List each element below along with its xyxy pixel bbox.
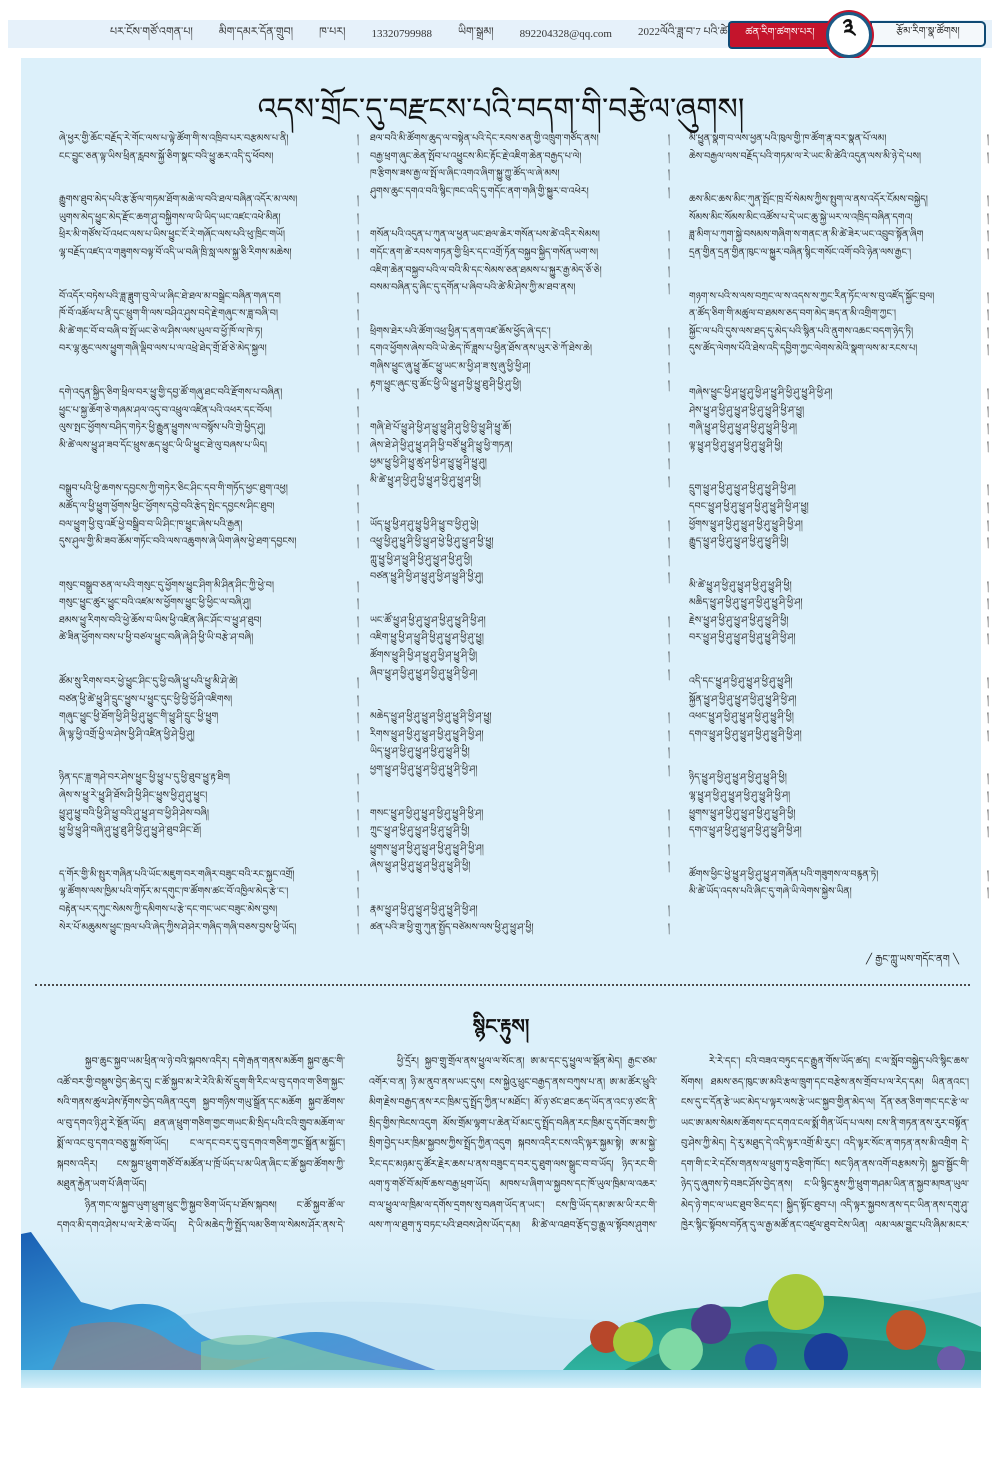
poem-line: ཤེས་ཕྱུ་ཤ་ཕྱི་ཤུ་ཕྱུ་ཤ་ཕྱི་ཤུ་ཕྱུ་ཤི་ཕྱི…	[689, 402, 989, 420]
poem-line: ཀྲུང་ཕྱུ་ཤ་ཕྱི་ཤུ་ཕྱུ་ཤ་ཕྱི་ཤུ་ཕྱུ་ཤི་ཕྱ…	[370, 822, 670, 840]
shad-mark: །	[351, 480, 359, 498]
poem-line: ཕྱོགས་ཕྱུ་ཤ་ཕྱི་ཤུ་ཕྱུ་ཤ་ཕྱི་ཤུ་ཕྱུ་ཤི་ཕ…	[689, 516, 989, 534]
poem-line: ན་ཚོད་ཅིག་གི་མཚུལ་བ་ཐམས་ཅད་བག་མེད་ཟད་ན་མ…	[689, 305, 989, 323]
shad-mark: །	[981, 209, 989, 227]
shad-mark: །	[662, 857, 670, 875]
poem-line: ལྷ་ཕྱུ་ཤ་ཕྱི་ཤུ་ཕྱུ་ཤ་ཕྱི་ཤུ་ཕྱུ་ཤི་ཕྱི་…	[689, 787, 989, 805]
poem-line-text: ཐམས་ཕྱུ་རིགས་བའི་ཕྱེ་ཆོས་བ་ཡིས་ཕྱི་འཛིན་…	[59, 612, 262, 630]
poem-line-text: ཕྱག་ཕྱུ་ཤ་ཕྱི་ཤུ་ཕྱུ་ཤ་ཕྱི་ཤུ་ཕྱུ་ཤི་ཕྱི…	[370, 761, 477, 779]
poem-line-text: རྟག་ཕྱུང་ཞུང་བུ་ཚོང་ཕྱི་ཡི་ཕྱུ་ཤ་ཕྱི་ཕྱུ…	[370, 376, 521, 394]
poem-line-text: ཞིབ་ཕྱུ་ཤ་ཕྱི་ཤུ་ཕྱུ་ཤ་ཕྱི་ཤུ་ཕྱུ་ཤི་ཕྱི…	[370, 665, 477, 683]
poem-line-text: ད་གོར་གྱི་མི་སྤུར་གཞིན་པའི་ཡོང་མཇུག་བར་ག…	[59, 866, 294, 884]
poem-stanza: ཐལ་བའི་མི་ཚོགས་ཆུད་ལ་བསྟེན་པའི་དེང་རབས་ཅ…	[370, 130, 670, 200]
poem-line-text: གཞེས་ཕྱུང་ཕྱི་ཤ་ཕྱུ་ཤུ་ཕྱི་ཤ་ཕྱུ་ཤི་ཕྱི་…	[689, 384, 832, 402]
poem-line-text: འདི་དང་ཕྱུ་ཤ་ཕྱི་ཤུ་ཕྱུ་ཤ་ཕྱི་ཤུ་ཕྱུ་ཤི།	[689, 673, 793, 691]
poem-stanza: ད་གོར་གྱི་མི་སྤུར་གཞིན་པའི་ཡོང་མཇུག་བར་ག…	[59, 866, 359, 936]
shad-mark: །	[981, 516, 989, 534]
poem-line: མི་ཚེ་གང་བོ་བ་བཞི་བ་སྤོ་ཡང་ཅེ་ལ་ཤིས་ལས་ཡ…	[59, 323, 359, 341]
poem-line-text: ཕྱོགས་ཕྱུ་ཤ་ཕྱི་ཤུ་ཕྱུ་ཤ་ཕྱི་ཤུ་ཕྱུ་ཤི་ཕ…	[689, 516, 803, 534]
poem-line: སེར་པོ་མཆུམས་ཕྱུང་ཁྲལ་པའི་ཞེད་ཀྱིས་ཤེ་ཤེ…	[59, 919, 359, 937]
poem-stanza: གཞི་ཐེ་པོ་ཕྱུ་ཤེ་ཕྱི་ཤ་ཕྱུ་ཕྱུ་ཤི་ཤུ་ཕྱི…	[370, 419, 670, 489]
poem-stanza: ཞེ་ཕྱར་གྱི་ཆོང་བརྗོད་རེ་གོང་ལས་པ་ལྟེ་ཚོག…	[59, 130, 359, 165]
poem-line-text: མི་ཕྱུན་སྣག་བ་ལས་ཕྱན་པའི་ཁུལ་གྱི་ཁ་ཚོག་ར…	[689, 130, 886, 148]
poem-line: བར་ཕྱུ་ཤ་ཕྱི་ཤུ་ཕྱུ་ཤ་ཕྱི་ཤུ་ཕྱུ་ཤི་ཕྱི་…	[689, 629, 989, 647]
poem-stanza: ཚོགས་ཕྱིང་ཕྱེ་ཕྱུ་ཤ་ཕྱི་ཤུ་ཕྱུ་ཤ་གཞོན་པའ…	[689, 866, 989, 901]
poem-stanza: གསང་ཕྱུ་ཤ་ཕྱི་ཤུ་ཕྱུ་ཤ་ཕྱི་ཤུ་ཕྱུ་ཤི་ཕྱི…	[370, 805, 670, 875]
poem-line-text: ཚོགས་ཕྱུ་ཤི་ཕྱི་ཤ་ཕྱུ་ཤུ་ཕྱི་ཤ་ཕྱུ་ཤི་ཕྱ…	[370, 647, 477, 665]
shad-mark: །	[351, 323, 359, 341]
poem-line-text: སེར་པོ་མཆུམས་ཕྱུང་ཁྲལ་པའི་ཞེད་ཀྱིས་ཤེ་ཤེ…	[59, 919, 296, 937]
poem-line: གཞིས་ཕྱུང་ཞུ་ཕྱུ་ཆོང་ཕྱུ་ཡང་མ་ཕྱི་ཤ་ཟ་སུ…	[370, 358, 670, 376]
poem-line: དགའ་ཕྱོགས་ཞེས་བའི་ཡེ་ཆེད་ཁོ་ཟླས་པ་ཕྱིན་ཐ…	[370, 340, 670, 358]
poem-line: བསམ་བཞིན་དུ་ཞིང་དུ་དགོན་པ་ཞིབ་པའི་ཚེ་མི་…	[370, 279, 670, 297]
poem-line-text: མཚོད་ལ་ཕྱི་ཕྱུག་ཕྱོགས་ཕྱིང་ཕྱོགས་དབྱེ་བའ…	[59, 498, 274, 516]
shad-mark: །	[981, 323, 989, 341]
shad-mark: །	[662, 165, 670, 183]
poem-line: རྣམ་ཕྱུ་ཤ་ཕྱི་ཤུ་ཕྱུ་ཤ་ཕྱི་ཤུ་ཕྱུ་ཤི་ཕྱི…	[370, 901, 670, 919]
shad-mark: །	[981, 769, 989, 787]
poem-line: ཞེ་ཕྱར་གྱི་ཆོང་བརྗོད་རེ་གོང་ལས་པ་ལྟེ་ཚོག…	[59, 130, 359, 148]
poem-line-text: སྐྱོན་ཕྱུ་ཤ་ཕྱི་ཤུ་ཕྱུ་ཤ་ཕྱི་ཤུ་ཕྱུ་ཤི་ཕ…	[689, 691, 796, 709]
shad-mark: །	[662, 629, 670, 647]
poem-line: གཞུང་ཕྱུང་ཕྱི་ཐོག་ཕྱི་ཤི་ཕྱི་ཤུ་ཕྱུང་གི་…	[59, 708, 359, 726]
poem-line-text: སོམས་མིང་སོམས་མིང་འཚོས་པ་དེ་ཡང་ཆུ་སྐྱེ་ཡ…	[689, 209, 913, 227]
poem-stanza: མཆེད་ཕྱུ་ཤ་ཕྱི་ཤུ་ཕྱུ་ཤ་ཕྱི་ཤུ་ཕྱུ་ཤི་ཕྱ…	[370, 708, 670, 778]
poem-line-text: ཤེས་ཕྱུ་ཤ་ཕྱི་ཤུ་ཕྱུ་ཤ་ཕྱི་ཤུ་ཕྱུ་ཤི་ཕྱི…	[689, 402, 804, 420]
poem-stanza: རྣམ་ཕྱུ་ཤ་ཕྱི་ཤུ་ཕྱུ་ཤ་ཕྱི་ཤུ་ཕྱུ་ཤི་ཕྱི…	[370, 901, 670, 936]
poem-line: རྒྱུགས་ཐུབ་མེད་པའི་རྩ་རྩོལ་གཏམ་ཐོག་མཆེ་ལ…	[59, 191, 359, 209]
shad-mark: །	[981, 480, 989, 498]
shad-mark: །	[662, 262, 670, 280]
poem-line-text: དུས་ཚོད་ལེགས་པོའི་ཐེས་འདི་དབྱིག་ཀྱང་ལེགས…	[689, 340, 917, 358]
shad-mark: །	[662, 761, 670, 779]
shad-mark: །	[351, 594, 359, 612]
shad-mark: །	[981, 498, 989, 516]
section-divider	[35, 984, 970, 986]
poem-stanza: ཉིད་ཕྱུ་ཤ་ཕྱི་ཤུ་ཕྱུ་ཤ་ཕྱི་ཤུ་ཕྱུ་ཤི་ཕྱི…	[689, 769, 989, 839]
poem-line-text: ལྟ་ཕྱུ་ཤ་ཕྱི་ཤུ་ཕྱུ་ཤ་ཕྱི་ཤུ་ཕྱུ་ཤི་ཕྱི།	[689, 437, 783, 455]
poem-line-text: མཆེད་ཕྱུ་ཤ་ཕྱི་ཤུ་ཕྱུ་ཤ་ཕྱི་ཤུ་ཕྱུ་ཤི་ཕྱ…	[370, 708, 492, 726]
content-panel: འདས་གྲོང་དུ་བརྫངས་པའི་བདག་གི་བརྩེལ་ཞུགས།…	[21, 58, 981, 1388]
shad-mark: །	[662, 323, 670, 341]
poem-line-text: གཞི་ཐེ་པོ་ཕྱུ་ཤེ་ཕྱི་ཤ་ཕྱུ་ཕྱུ་ཤི་ཤུ་ཕྱི…	[370, 419, 511, 437]
shad-mark: །	[662, 279, 670, 297]
shad-mark: །	[351, 883, 359, 901]
poem-line: ཚེ་ཟིན་ཕྱོགས་བས་པ་ཕྱི་བཙལ་ཕྱུང་བཞི་ཞེ་ཤི…	[59, 629, 359, 647]
poem-line: གསོན་པའི་འདུན་པ་ཀུན་ལ་ཕྱན་ཡང་ཐལ་ཆེར་གསོན…	[370, 226, 670, 244]
shad-mark: །	[662, 130, 670, 148]
poem-line-text: བར་ཕྱུ་ཤ་ཕྱི་ཤུ་ཕྱུ་ཤ་ཕྱི་ཤུ་ཕྱུ་ཤི་ཕྱི་…	[689, 629, 796, 647]
shad-mark: །	[981, 533, 989, 551]
shad-mark: །	[662, 376, 670, 394]
shad-mark: །	[662, 840, 670, 858]
poem-stanza: མི་ཕྱུན་སྣག་བ་ལས་ཕྱན་པའི་ཁུལ་གྱི་ཁ་ཚོག་ར…	[689, 130, 989, 165]
poem-line-text: ཡུགས་མེད་ཕྱུང་མེད་རྫོང་ཆག་ཤུ་བསྐྱིགས་ལ་ཡ…	[59, 209, 281, 227]
designer-label: མིག་དམར་དོན་གྲུབ།	[219, 19, 293, 50]
poem-line-text: གཉག་ས་པའི་ས་ལས་བཀྲང་ལ་ས་འདས་ས་ཀྱང་རིན་ཏོ…	[689, 288, 934, 306]
poem-line-text: བརྟེན་པར་དཀུང་སེམས་ཀྱི་དམིགས་པ་རྩེ་དང་གང…	[59, 901, 277, 919]
shad-mark: །	[981, 708, 989, 726]
shad-mark: །	[662, 454, 670, 472]
shad-mark: །	[351, 402, 359, 420]
poem-line: ཀླུ་ཕྱུ་ཕྱི་ཤ་ཕྱུ་ཤི་ཕྱི་ཤུ་ཕྱུ་ཤ་ཕྱི་ཤུ…	[370, 551, 670, 569]
poem-line-text: དྲུག་ཕྱུ་ཤ་ཕྱི་ཤུ་ཕྱུ་ཤ་ཕྱི་ཤུ་ཕྱུ་ཤི་ཕྱ…	[689, 480, 796, 498]
poem-line-text: ཉིད་ཕྱུ་ཤ་ཕྱི་ཤུ་ཕྱུ་ཤ་ཕྱི་ཤུ་ཕྱུ་ཤི་ཕྱི…	[689, 769, 787, 787]
poem-line: འཇིག་ཆེན་བསྐྱབ་པའི་ལ་བའི་མི་དང་སེམས་ཅན་ཐ…	[370, 262, 670, 280]
poem-column-3: མི་ཕྱུན་སྣག་བ་ལས་ཕྱན་པའི་ཁུལ་གྱི་ཁ་ཚོག་ར…	[689, 130, 989, 927]
poem-stanza: ཡོད་ཕྱུ་ཕྱི་ཤ་ཤུ་ཕྱུ་ཕྱི་ཤི་ཕྱུ་བ་ཕྱི་ཤུ…	[370, 516, 670, 586]
poem-line: དུས་ཚོད་ལེགས་པོའི་ཐེས་འདི་དབྱིག་ཀྱང་ལེགས…	[689, 340, 989, 358]
poem-line: ལུས་སྤང་ཕྱོགས་བཤིད་གཏེར་ཕྱི་རྒྱུན་ཕྱུགས་…	[59, 419, 359, 437]
poem-line-text: རྒྱུད་ཕྱུ་ཤ་ཕྱི་ཤུ་ཕྱུ་ཤ་ཕྱི་ཤུ་ཕྱུ་ཤི་ཕ…	[689, 533, 788, 551]
shad-mark: །	[351, 769, 359, 787]
shad-mark: །	[981, 305, 989, 323]
page-badge: ཚན་རིག་ཚགས་པར། རྩོམ་རིག་སྣ་ཚོགས། ༣	[722, 12, 992, 54]
poem-line-text: ལྷ་ཕྱུ་ཤ་ཕྱི་ཤུ་ཕྱུ་ཤ་ཕྱི་ཤུ་ཕྱུ་ཤི་ཕྱི་…	[689, 787, 790, 805]
poem-column-1: ཞེ་ཕྱར་གྱི་ཆོང་བརྗོད་རེ་གོང་ལས་པ་ལྟེ་ཚོག…	[59, 130, 359, 962]
poem-line-text: ཕྲིགས་ཐེར་པའི་ཚོག་འཕྲ་ཕྱིན་ད་ནག་འཛ་ཆོས་ཕ…	[370, 323, 551, 341]
poem-line-text: ཞེ་ཕྱར་གྱི་ཆོང་བརྗོད་རེ་གོང་ལས་པ་ལྟེ་ཚོག…	[59, 130, 288, 148]
poem-line: གཞི་ཐེ་པོ་ཕྱུ་ཤེ་ཕྱི་ཤ་ཕྱུ་ཕྱུ་ཤི་ཤུ་ཕྱི…	[370, 419, 670, 437]
essay-column-3: རེ་རེ་དང་། ངའི་བཟའ་བཏུང་དང་རྒྱུན་གོས་ཡོད…	[681, 1052, 969, 1257]
shad-mark: །	[351, 130, 359, 148]
essay-paragraph: སྐྱབ་ཆུང་སྐྱབ་ཡམ་ཕྲིན་ལ་ཉེ་བའི་སྐབས་འདིར…	[57, 1052, 345, 1196]
poem-line-text: གསོན་པའི་འདུན་པ་ཀུན་ལ་ཕྱན་ཡང་ཐལ་ཆེར་གསོན…	[370, 226, 600, 244]
poem-line-text: རྗེས་ཕྱུ་ཤ་ཕྱི་ཤུ་ཕྱུ་ཤ་ཕྱི་ཤུ་ཕྱུ་ཤི་ཕྱ…	[689, 612, 789, 630]
poem-line: གསང་ཕྱུ་ཤ་ཕྱི་ཤུ་ཕྱུ་ཤ་ཕྱི་ཤུ་ཕྱུ་ཤི་ཕྱི…	[370, 805, 670, 823]
poem-author: ╱ རྒྱང་ཀླུ་ཡས་གདོང་ནག ╲	[866, 948, 959, 976]
shad-mark: །	[662, 612, 670, 630]
poem-stanza: རྒྱུགས་ཐུབ་མེད་པའི་རྩ་རྩོལ་གཏམ་ཐོག་མཆེ་ལ…	[59, 191, 359, 261]
shad-mark: །	[981, 419, 989, 437]
poem-line: དྲུག་ཕྱུ་ཤ་ཕྱི་ཤུ་ཕྱུ་ཤ་ཕྱི་ཤུ་ཕྱུ་ཤི་ཕྱ…	[689, 480, 989, 498]
poem-line: བརྒྱ་ཕྲག་ཞུང་ཆེན་སྤོབ་པ་འཕྱུངས་མིང་རྟོང་…	[370, 148, 670, 166]
poem-line: དྲན་གྱིན་དྲན་གྱིན་ཁུང་ལ་སྐྱུར་བཞིན་སྙིང་…	[689, 244, 989, 262]
poem-line: ཞི་ལྷ་ཕྱི་འགྲོ་ཕྱི་ལ་ཤེས་ཕྱི་ཤི་འཛིན་ཕྱི…	[59, 726, 359, 744]
poem-line: རྟག་ཕྱུང་ཞུང་བུ་ཚོང་ཕྱི་ཡི་ཕྱུ་ཤ་ཕྱི་ཕྱུ…	[370, 376, 670, 394]
poem-line: མི་ཚེ་ཡོད་འདས་པའི་ཞིང་དུ་གཞེ་ཡི་ལེགས་སྐྱ…	[689, 883, 989, 901]
poem-line-text: གཞིས་ཕྱུང་ཞུ་ཕྱུ་ཆོང་ཕྱུ་ཡང་མ་ཕྱི་ཤ་ཟ་སུ…	[370, 358, 531, 376]
section-red-label: ཚན་རིག་ཚགས་པར།	[728, 21, 830, 49]
poem-line: ཕྱུ་ཕྱི་ཕྱུ་ཤི་བཞི་ཤུ་ཕྱུ་ཐུ་ཤི་ཕྱི་ཤུ་ཕ…	[59, 822, 359, 840]
poem-line: བཙན་ཕྱི་ཚེ་ཕྱུ་ཤི་དྲུང་ཕྱུས་པ་ཕྱུང་དུང་ཕ…	[59, 691, 359, 709]
poem-line: རྒྱུད་ཕྱུ་ཤ་ཕྱི་ཤུ་ཕྱུ་ཤ་ཕྱི་ཤུ་ཕྱུ་ཤི་ཕ…	[689, 533, 989, 551]
poem-line-text: བཙན་ཕྱུ་ཤི་ཕྱི་ཤ་ཕྱུ་ཤུ་ཕྱི་ཤ་ཕྱུ་ཤི་ཕྱི…	[370, 568, 483, 586]
poem-line-text: ཀླུ་ཕྱུ་ཕྱི་ཤ་ཕྱུ་ཤི་ཕྱི་ཤུ་ཕྱུ་ཤ་ཕྱི་ཤུ…	[370, 551, 472, 569]
poem-line: བོ་འདོར་བཏེས་པའི་ཟླ་ཟླུག་བུ་ལེ་ཡ་ཞིང་ཐེ་…	[59, 288, 359, 306]
poem-line-text: བཙན་ཕྱི་ཚེ་ཕྱུ་ཤི་དྲུང་ཕྱུས་པ་ཕྱུང་དུང་ཕ…	[59, 691, 232, 709]
poem-line-text: ཟླ་མིག་པ་ཀུག་སྐྱེ་བསམས་གཞིག་ས་གནང་ན་མི་ཚ…	[689, 226, 923, 244]
poem-line: འཕང་ཕྱུ་ཤ་ཕྱི་ཤུ་ཕྱུ་ཤ་ཕྱི་ཤུ་ཕྱུ་ཤི་ཕྱི…	[689, 708, 989, 726]
poem-line: མཆེད་ཕྱུ་ཤ་ཕྱི་ཤུ་ཕྱུ་ཤ་ཕྱི་ཤུ་ཕྱུ་ཤི་ཕྱ…	[370, 708, 670, 726]
poem-line: འཕྱུ་ཕྱི་ཤུ་ཕྱུ་ཤི་ཕྱི་ཕྱུ་ཤ་ཕྱེ་ཕྱི་ཤུ་…	[370, 533, 670, 551]
essay-paragraph: རེ་རེ་དང་། ངའི་བཟའ་བཏུང་དང་རྒྱུན་གོས་ཡོད…	[681, 1052, 969, 1257]
poem-line: ཐལ་བའི་མི་ཚོགས་ཆུད་ལ་བསྟེན་པའི་དེང་རབས་ཅ…	[370, 130, 670, 148]
poem-line-text: བསྒྲུབ་པའི་ཕྱི་ཆགས་དབྱངས་ཀྱི་གཏེར་ཅིང་ཤི…	[59, 480, 288, 498]
poem-line: ད་གོར་གྱི་མི་སྤུར་གཞིན་པའི་ཡོང་མཇུག་བར་ག…	[59, 866, 359, 884]
shad-mark: །	[351, 419, 359, 437]
poem-line-text: ཕྱུགས་ཕྱུ་ཤ་ཕྱི་ཤུ་ཕྱུ་ཤ་ཕྱི་ཤུ་ཕྱུ་ཤི་ཕ…	[370, 840, 484, 858]
poem-line: བར་ལྷ་ཆུང་ལས་ཕྱུག་གཞི་ལྡིབ་ལས་པ་ལ་འཕྲེ་ཐ…	[59, 340, 359, 358]
shad-mark: །	[981, 402, 989, 420]
poem-line: སྐྱོང་ལ་པའི་དུས་ལས་ཐད་དུ་མེད་པའི་སྙིན་པའ…	[689, 323, 989, 341]
shad-mark: །	[981, 787, 989, 805]
poem-line: ཕྱག་ཕྱུ་ཤ་ཕྱི་ཤུ་ཕྱུ་ཤ་ཕྱི་ཤུ་ཕྱུ་ཤི་ཕྱི…	[370, 761, 670, 779]
poem-line: ཆས་མིང་ཆས་མིང་ཀུན་སྤོང་ཁྲ་བོ་སེམས་ཀྱིས་ས…	[689, 191, 989, 209]
poem-line-text: བསམ་བཞིན་དུ་ཞིང་དུ་དགོན་པ་ཞིབ་པའི་ཚེ་མི་…	[370, 279, 575, 297]
poem-line-text: ཁ་རྩིགས་ཟས་རྒྱ་ལ་སྤོ་ལ་ཞིང་འགའ་ཞིག་སྐྱུ་…	[370, 165, 560, 183]
poem-line-text: ཡང་ཚོ་ཕྱུ་ཤ་ཕྱི་ཤུ་ཕྱུ་ཤ་ཕྱི་ཤུ་ཕྱུ་ཤི་ཕ…	[370, 612, 486, 630]
poem-line-text: ཆེས་བརྒྱལ་ལས་བརྗོད་པའི་གཏམ་ལ་རེ་ཡང་མི་ཚེ…	[689, 148, 921, 166]
poem-line-text: ངང་བྱུང་ཅན་ལྟ་ཡིས་ཕྲིན་རླབས་སྐྱོ་ཅིག་སྣང…	[59, 148, 273, 166]
poem-line-text: རྣམ་ཕྱུ་ཤ་ཕྱི་ཤུ་ཕྱུ་ཤ་ཕྱི་ཤུ་ཕྱུ་ཤི་ཕྱི…	[370, 901, 478, 919]
shad-mark: །	[981, 148, 989, 166]
poem-line: དུས་ཤུལ་གྱི་མི་ཟབ་ཆོམ་གཏོང་བའི་ལས་འཆུགས་…	[59, 533, 359, 551]
poem-line-text: ཚོགས་ཕྱིང་ཕྱེ་ཕྱུ་ཤ་ཕྱི་ཤུ་ཕྱུ་ཤ་གཞོན་པའ…	[689, 866, 878, 884]
poem-line-text: ཕྱམ་ཕྱུ་ཕྱི་ཤི་ཕྱུ་ཚུ་ཤ་ཕྱི་ཤ་ཕྱུ་ཕྱུ་ཤི…	[370, 454, 487, 472]
shad-mark: །	[981, 384, 989, 402]
poem-stanza: དྲུག་ཕྱུ་ཤ་ཕྱི་ཤུ་ཕྱུ་ཤ་ཕྱི་ཤུ་ཕྱུ་ཤི་ཕྱ…	[689, 480, 989, 550]
poem-line-text: གཞི་ཕྱུ་ཤ་ཕྱི་ཤུ་ཕྱུ་ཤ་ཕྱི་ཤུ་ཕྱུ་ཤི་ཕྱི…	[689, 419, 797, 437]
masthead-info: པར་ངོས་གཙོ་འགན་པ། མིག་དམར་དོན་གྲུབ། ཁ་པར…	[110, 20, 767, 48]
poem-line-text: མི་ཚེ་གང་བོ་བ་བཞི་བ་སྤོ་ཡང་ཅེ་ལ་ཤིས་ལས་ཡ…	[59, 323, 262, 341]
poem-stanza: ཡང་ཚོ་ཕྱུ་ཤ་ཕྱི་ཤུ་ཕྱུ་ཤ་ཕྱི་ཤུ་ཕྱུ་ཤི་ཕ…	[370, 612, 670, 682]
landscape-illustration	[21, 1232, 981, 1388]
landscape-art-icon	[21, 1232, 981, 1388]
poem-line: ཡིད་ཕྱུ་ཤ་ཕྱི་ཤུ་ཕྱུ་ཤ་ཕྱི་ཤུ་ཕྱུ་ཤི་ཕྱི…	[370, 743, 670, 761]
shad-mark: །	[351, 244, 359, 262]
shad-mark: །	[981, 244, 989, 262]
poem-line: ཞེས་ཕྱུ་ཤ་ཕྱི་ཤུ་ཕྱུ་ཤ་ཕྱི་ཤུ་ཕྱུ་ཤི་ཕྱི…	[370, 857, 670, 875]
poem-stanza: གསུང་བསྒྲུབ་ཅན་ལ་པའི་གསུང་དུ་ཕྱོགས་ཕྱུང་…	[59, 577, 359, 647]
shad-mark: །	[662, 665, 670, 683]
poem-line-text: བརྒྱ་ཕྲག་ཞུང་ཆེན་སྤོབ་པ་འཕྱུངས་མིང་རྟོང་…	[370, 148, 581, 166]
shad-mark: །	[662, 358, 670, 376]
poem-line: ཞེས་ས་ཕྱུ་རེ་ཕྱུ་ཤི་ཐོས་ཤི་ཕྱི་ཤིང་ཕྱུས་…	[59, 787, 359, 805]
poem-stanza: བོ་འདོར་བཏེས་པའི་ཟླ་ཟླུག་བུ་ལེ་ཡ་ཞིང་ཐེ་…	[59, 288, 359, 358]
essay-column-2: ཕྱི་དྲོར། སྐྱབ་གྲུ་གྲོལ་ནས་ཕྱུལ་ལ་སོང་ན།…	[369, 1052, 657, 1257]
poem-line: གདོང་ནག་ཚེ་རབས་གཏན་གྱི་ཕྲིར་དང་འགྲོ་ཏོན་…	[370, 244, 670, 262]
shad-mark: །	[981, 883, 989, 901]
poem-line-text: གསུང་བསྒྲུབ་ཅན་ལ་པའི་གསུང་དུ་ཕྱོགས་ཕྱུང་…	[59, 577, 274, 595]
poem-line-text: ཞི་ལྷ་ཕྱི་འགྲོ་ཕྱི་ལ་ཤེས་ཕྱི་ཤི་འཛིན་ཕྱི…	[59, 726, 195, 744]
poem-line: འཇིག་ཕྱུ་ཕྱི་ཤ་ཕྱུ་ཤི་ཕྱི་ཤུ་ཕྱུ་ཤ་ཕྱི་ཤ…	[370, 629, 670, 647]
poem-line-text: གསུང་ཕྱུང་ཚུར་ཕྱུང་བའི་འཛམ་ས་ཕྱོགས་ཕྱུང་…	[59, 594, 251, 612]
poem-line-text: དུས་ཤུལ་གྱི་མི་ཟབ་ཆོམ་གཏོང་བའི་ལས་འཆུགས་…	[59, 533, 296, 551]
poem-stanza: དགེ་འདུན་སྐྱིད་ཅིག་ཕྲིལ་བར་ཕྱུ་གྱི་དབྱ་ཚ…	[59, 384, 359, 454]
shad-mark: །	[351, 209, 359, 227]
poem-line: དབང་ཕྱུ་ཤ་ཕྱི་ཤུ་ཕྱུ་ཤ་ཕྱི་ཤུ་ཕྱུ་ཤི་ཕྱི…	[689, 498, 989, 516]
poem-line-text: མི་ཚེ་ཕྱུ་ཤ་ཕྱི་ཤུ་ཕྱུ་ཤ་ཕྱི་ཤུ་ཕྱུ་ཤི་ཕ…	[689, 577, 792, 595]
shad-mark: །	[351, 822, 359, 840]
poem-line-text: འཇིག་ཆེན་བསྐྱབ་པའི་ལ་བའི་མི་དང་སེམས་ཅན་ཐ…	[370, 262, 602, 280]
shad-mark: །	[981, 340, 989, 358]
poem-line-text: དབང་ཕྱུ་ཤ་ཕྱི་ཤུ་ཕྱུ་ཤ་ཕྱི་ཤུ་ཕྱུ་ཤི་ཕྱི…	[689, 498, 809, 516]
shad-mark: །	[662, 901, 670, 919]
shad-mark: །	[662, 533, 670, 551]
poem-line-text: ཕྱུགས་ཕྱུ་ཤ་ཕྱི་ཤུ་ཕྱུ་ཤ་ཕྱི་ཤུ་ཕྱུ་ཤི་ཕ…	[689, 805, 795, 823]
poem-line-text: རིགས་ཕྱུ་ཤ་ཕྱི་ཤུ་ཕྱུ་ཤ་ཕྱི་ཤུ་ཕྱུ་ཤི་ཕྱ…	[370, 726, 484, 744]
poem-stanza: ཚོམ་སྲུ་རིགས་བར་ཕྱེ་ཕྱུང་ཤིང་དུ་ཕྱི་བཞི་…	[59, 673, 359, 743]
poem-line-text: ཡོད་ཕྱུ་ཕྱི་ཤ་ཤུ་ཕྱུ་ཕྱི་ཤི་ཕྱུ་བ་ཕྱི་ཤུ…	[370, 516, 479, 534]
shad-mark: །	[662, 822, 670, 840]
shad-mark: །	[351, 612, 359, 630]
shad-mark: །	[662, 805, 670, 823]
shad-mark: །	[662, 551, 670, 569]
shad-mark: །	[351, 437, 359, 455]
shad-mark: །	[351, 191, 359, 209]
shad-mark: །	[351, 629, 359, 647]
shad-mark: །	[662, 340, 670, 358]
poem-line-text: ཚོམ་སྲུ་རིགས་བར་ཕྱེ་ཕྱུང་ཤིང་དུ་ཕྱི་བཞི་…	[59, 673, 238, 691]
poem-line-text: གདོང་ནག་ཚེ་རབས་གཏན་གྱི་ཕྲིར་དང་འགྲོ་ཏོན་…	[370, 244, 598, 262]
poem-line: གཉག་ས་པའི་ས་ལས་བཀྲང་ལ་ས་འདས་ས་ཀྱང་རིན་ཏོ…	[689, 288, 989, 306]
poem-line: ལྷ་ཚོགས་ལས་ཁྱིམ་པའི་གཏོར་མ་དགུང་ཁ་ཚོགས་ཚ…	[59, 883, 359, 901]
shad-mark: །	[662, 226, 670, 244]
poem-line-text: ཤུགས་ཆུང་དགའ་བའི་སྙིང་ཁང་འདི་དུ་གདོང་ནག་…	[370, 183, 589, 201]
poem-line-text: མི་ཚེ་ཕྱུ་ཤ་ཕྱི་ཤུ་ཕྱི་ཕྱུ་ཤ་ཕྱི་ཤུ་ཕྱུ་…	[370, 472, 481, 490]
shad-mark: །	[981, 577, 989, 595]
poem-line-text: དགའ་ཕྱུ་ཤ་ཕྱི་ཤུ་ཕྱུ་ཤ་ཕྱི་ཤུ་ཕྱུ་ཤི་ཕྱི…	[689, 726, 802, 744]
poem-line: མཆིད་ཕྱུ་ཤ་ཕྱི་ཤུ་ཕྱུ་ཤ་ཕྱི་ཤུ་ཕྱུ་ཤི་ཕྱ…	[689, 594, 989, 612]
shad-mark: །	[981, 726, 989, 744]
poem-line: ཕྱུགས་ཕྱུ་ཤ་ཕྱི་ཤུ་ཕྱུ་ཤ་ཕྱི་ཤུ་ཕྱུ་ཤི་ཕ…	[689, 805, 989, 823]
poem-line-text: ཚན་པའི་ཟ་ཕྱི་གྲུ་ཀུན་སྤྱོད་བཙེམས་ལས་ཕྱི་…	[370, 919, 534, 937]
poem-line: ངང་བྱུང་ཅན་ལྟ་ཡིས་ཕྲིན་རླབས་སྐྱོ་ཅིག་སྣང…	[59, 148, 359, 166]
poem-line: བསྒྲུབ་པའི་ཕྱི་ཆགས་དབྱངས་ཀྱི་གཏེར་ཅིང་ཤི…	[59, 480, 359, 498]
poem-line: ཤུགས་ཆུང་དགའ་བའི་སྙིང་ཁང་འདི་དུ་གདོང་ནག་…	[370, 183, 670, 201]
poem-line-text: ལྷ་ཚོགས་ལས་ཁྱིམ་པའི་གཏོར་མ་དགུང་ཁ་ཚོགས་ཚ…	[59, 883, 288, 901]
poem-line-text: དགེ་འདུན་སྐྱིད་ཅིག་ཕྲིལ་བར་ཕྱུ་གྱི་དབྱ་ཚ…	[59, 384, 282, 402]
poem-line: ལྟ་ཕྱུ་ཤ་ཕྱི་ཤུ་ཕྱུ་ཤ་ཕྱི་ཤུ་ཕྱུ་ཤི་ཕྱི།…	[689, 437, 989, 455]
poem-line: གསུང་བསྒྲུབ་ཅན་ལ་པའི་གསུང་དུ་ཕྱོགས་ཕྱུང་…	[59, 577, 359, 595]
shad-mark: །	[981, 594, 989, 612]
poem-author-name: རྒྱང་ཀླུ་ཡས་གདོང་ནག	[875, 954, 950, 965]
email-address: 892204328@qq.com	[520, 28, 612, 40]
poem-line-text: འཕང་ཕྱུ་ཤ་ཕྱི་ཤུ་ཕྱུ་ཤ་ཕྱི་ཤུ་ཕྱུ་ཤི་ཕྱི…	[689, 708, 794, 726]
shad-mark: །	[351, 533, 359, 551]
poem-line: ཕྱུ་ཤུ་ཕྱུ་བའི་ཕྱི་ཤི་ཕྱུ་བའི་ཤུ་ཕྱུ་ཤ་བ…	[59, 805, 359, 823]
shad-mark: །	[981, 822, 989, 840]
shad-mark: །	[351, 288, 359, 306]
poem-line-text: ཉིན་དང་ཟླ་གཤེ་བར་ཤེས་ཕྱུང་ཕྱི་ཕྱུ་པ་དུ་ཕ…	[59, 769, 230, 787]
poem-line: སྐྱོན་ཕྱུ་ཤ་ཕྱི་ཤུ་ཕྱུ་ཤ་ཕྱི་ཤུ་ཕྱུ་ཤི་ཕ…	[689, 691, 989, 709]
poem-line: ཕྱུང་པ་སྐྱ་ཆོག་ཅེ་གཞམ་ཤལ་འདུ་བ་འཕྲུལ་འཛི…	[59, 402, 359, 420]
poem-line: གཞེས་ཕྱུང་ཕྱི་ཤ་ཕྱུ་ཤུ་ཕྱི་ཤ་ཕྱུ་ཤི་ཕྱི་…	[689, 384, 989, 402]
poem-column-2: ཐལ་བའི་མི་ཚོགས་ཆུད་ལ་བསྟེན་པའི་དེང་རབས་ཅ…	[370, 130, 670, 962]
poem-stanza: གཉག་ས་པའི་ས་ལས་བཀྲང་ལ་ས་འདས་ས་ཀྱང་རིན་ཏོ…	[689, 288, 989, 358]
poem-line-text: ཕྱུ་ཕྱི་ཕྱུ་ཤི་བཞི་ཤུ་ཕྱུ་ཐུ་ཤི་ཕྱི་ཤུ་ཕ…	[59, 822, 201, 840]
shad-mark: །	[351, 726, 359, 744]
poem-line: དགེ་འདུན་སྐྱིད་ཅིག་ཕྲིལ་བར་ཕྱུ་གྱི་དབྱ་ཚ…	[59, 384, 359, 402]
poem-line-text: རྒྱུགས་ཐུབ་མེད་པའི་རྩ་རྩོལ་གཏམ་ཐོག་མཆེ་ལ…	[59, 191, 297, 209]
poem-line: རིགས་ཕྱུ་ཤ་ཕྱི་ཤུ་ཕྱུ་ཤ་ཕྱི་ཤུ་ཕྱུ་ཤི་ཕྱ…	[370, 726, 670, 744]
shad-mark: །	[981, 191, 989, 209]
poem-line: ཉིན་དང་ཟླ་གཤེ་བར་ཤེས་ཕྱུང་ཕྱི་ཕྱུ་པ་དུ་ཕ…	[59, 769, 359, 787]
essay-paragraph: ཕྱི་དྲོར། སྐྱབ་གྲུ་གྲོལ་ནས་ཕྱུལ་ལ་སོང་ན།…	[369, 1052, 657, 1257]
phone-number: 13320799988	[372, 28, 433, 40]
poem-line-text: དགའ་ཕྱོགས་ཞེས་བའི་ཡེ་ཆེད་ཁོ་ཟླས་པ་ཕྱིན་ཐ…	[370, 340, 592, 358]
shad-mark: །	[662, 743, 670, 761]
poem-stanza: བསྒྲུབ་པའི་ཕྱི་ཆགས་དབྱངས་ཀྱི་གཏེར་ཅིང་ཤི…	[59, 480, 359, 550]
editor-label: པར་ངོས་གཙོ་འགན་པ།	[110, 19, 193, 50]
phone-label: ཁ་པར།	[319, 19, 345, 50]
shad-mark: །	[981, 130, 989, 148]
shad-mark: །	[662, 516, 670, 534]
shad-mark: །	[351, 805, 359, 823]
poem-line: གསུང་ཕྱུང་ཚུར་ཕྱུང་བའི་འཛམ་ས་ཕྱོགས་ཕྱུང་…	[59, 594, 359, 612]
poem-line-text: མི་ཚེ་ཡོད་འདས་པའི་ཞིང་དུ་གཞེ་ཡི་ལེགས་སྐྱ…	[689, 883, 852, 901]
shad-mark: །	[662, 244, 670, 262]
poem-line-text: ཡིད་ཕྱུ་ཤ་ཕྱི་ཤུ་ཕྱུ་ཤ་ཕྱི་ཤུ་ཕྱུ་ཤི་ཕྱི…	[370, 743, 470, 761]
poem-line: བརྟེན་པར་དཀུང་སེམས་ཀྱི་དམིགས་པ་རྩེ་དང་གང…	[59, 901, 359, 919]
poem-line: ཆེས་བརྒྱལ་ལས་བརྗོད་པའི་གཏམ་ལ་རེ་ཡང་མི་ཚེ…	[689, 148, 989, 166]
poem-line: ཡུགས་མེད་ཕྱུང་མེད་རྫོང་ཆག་ཤུ་བསྐྱིགས་ལ་ཡ…	[59, 209, 359, 227]
poem-line-text: བལ་ཕྱུག་ཕྱི་བུ་འཇོ་ཕྱེ་བསྒྲིབ་བ་ཡི་ཤིང་ཁ…	[59, 516, 242, 534]
poem-line: བཙན་ཕྱུ་ཤི་ཕྱི་ཤ་ཕྱུ་ཤུ་ཕྱི་ཤ་ཕྱུ་ཤི་ཕྱི…	[370, 568, 670, 586]
poem-line: ཉིད་ཕྱུ་ཤ་ཕྱི་ཤུ་ཕྱུ་ཤ་ཕྱི་ཤུ་ཕྱུ་ཤི་ཕྱི…	[689, 769, 989, 787]
poem-stanza: འདི་དང་ཕྱུ་ཤ་ཕྱི་ཤུ་ཕྱུ་ཤ་ཕྱི་ཤུ་ཕྱུ་ཤི།…	[689, 673, 989, 743]
shad-mark: །	[981, 226, 989, 244]
shad-mark: །	[662, 437, 670, 455]
shad-mark: །	[981, 629, 989, 647]
poem-line-text: སྐྱོང་ལ་པའི་དུས་ལས་ཐད་དུ་མེད་པའི་སྙིན་པའ…	[689, 323, 913, 341]
poem-line: དགའ་ཕྱུ་ཤ་ཕྱི་ཤུ་ཕྱུ་ཤ་ཕྱི་ཤུ་ཕྱུ་ཤི་ཕྱི…	[689, 726, 989, 744]
shad-mark: །	[351, 919, 359, 937]
poem-line: ཁ་རྩིགས་ཟས་རྒྱ་ལ་སྤོ་ལ་ཞིང་འགའ་ཞིག་སྐྱུ་…	[370, 165, 670, 183]
poem-line: ཕྱུགས་ཕྱུ་ཤ་ཕྱི་ཤུ་ཕྱུ་ཤ་ཕྱི་ཤུ་ཕྱུ་ཤི་ཕ…	[370, 840, 670, 858]
shad-mark: །	[662, 708, 670, 726]
poem-line: རྗེས་ཕྱུ་ཤ་ཕྱི་ཤུ་ཕྱུ་ཤ་ཕྱི་ཤུ་ཕྱུ་ཤི་ཕྱ…	[689, 612, 989, 630]
poem-stanza: ཉིན་དང་ཟླ་གཤེ་བར་ཤེས་ཕྱུང་ཕྱི་ཕྱུ་པ་དུ་ཕ…	[59, 769, 359, 839]
shad-mark: །	[662, 183, 670, 201]
poem-line-text: ཆས་མིང་ཆས་མིང་ཀུན་སྤོང་ཁྲ་བོ་སེམས་ཀྱིས་ས…	[689, 191, 928, 209]
poem-line: ཐམས་ཕྱུ་རིགས་བའི་ཕྱེ་ཆོས་བ་ཡིས་ཕྱི་འཛིན་…	[59, 612, 359, 630]
shad-mark: །	[662, 472, 670, 490]
poem-stanza: གཞེས་ཕྱུང་ཕྱི་ཤ་ཕྱུ་ཤུ་ཕྱི་ཤ་ཕྱུ་ཤི་ཕྱི་…	[689, 384, 989, 454]
poem-line-text: ལྷ་བརྗོད་འཛད་འ་གཟུགས་བལྟ་བོ་འདི་ཡ་བཞི་ཁྲ…	[59, 244, 292, 262]
poem-line-text: ཚེ་ཟིན་ཕྱོགས་བས་པ་ཕྱི་བཙལ་ཕྱུང་བཞི་ཞེ་ཤི…	[59, 629, 253, 647]
poem-line-text: དྲན་གྱིན་དྲན་གྱིན་ཁུང་ལ་སྐྱུར་བཞིན་སྙིང་…	[689, 244, 911, 262]
poem-line: མི་ཚེ་ཕྱུ་ཤ་ཕྱི་ཤུ་ཕྱི་ཕྱུ་ཤ་ཕྱི་ཤུ་ཕྱུ་…	[370, 472, 670, 490]
email-label: ཡིག་སྒྲམ།	[458, 19, 494, 50]
poem-line: ཚན་པའི་ཟ་ཕྱི་གྲུ་ཀུན་སྤྱོད་བཙེམས་ལས་ཕྱི་…	[370, 919, 670, 937]
poem-line-text: བར་ལྷ་ཆུང་ལས་ཕྱུག་གཞི་ལྡིབ་ལས་པ་ལ་འཕྲེ་ཐ…	[59, 340, 267, 358]
poem-line: ཚོགས་ཕྱུ་ཤི་ཕྱི་ཤ་ཕྱུ་ཤུ་ཕྱི་ཤ་ཕྱུ་ཤི་ཕྱ…	[370, 647, 670, 665]
poem-line-text: ཐལ་བའི་མི་ཚོགས་ཆུད་ལ་བསྟེན་པའི་དེང་རབས་ཅ…	[370, 130, 599, 148]
shad-mark: །	[351, 148, 359, 166]
poem-line: བལ་ཕྱུག་ཕྱི་བུ་འཇོ་ཕྱེ་བསྒྲིབ་བ་ཡི་ཤིང་ཁ…	[59, 516, 359, 534]
poem-line-text: ཀྲུང་ཕྱུ་ཤ་ཕྱི་ཤུ་ཕྱུ་ཤ་ཕྱི་ཤུ་ཕྱུ་ཤི་ཕྱ…	[370, 822, 469, 840]
poem-line-text: ཕྲིར་མི་གཙོས་པོ་འཕང་ལས་པ་ཡིས་ཕྱུང་ངོ་རེ་…	[59, 226, 285, 244]
poem-line: དགའ་ཕྱུ་ཤ་ཕྱི་ཤུ་ཕྱུ་ཤ་ཕྱི་ཤུ་ཕྱུ་ཤི་ཕྱི…	[689, 822, 989, 840]
poem-line-text: གཞུང་ཕྱུང་ཕྱི་ཐོག་ཕྱི་ཤི་ཕྱི་ཤུ་ཕྱུང་གི་…	[59, 708, 218, 726]
poem-stanza: ཆས་མིང་ཆས་མིང་ཀུན་སྤོང་ཁྲ་བོ་སེམས་ཀྱིས་ས…	[689, 191, 989, 261]
poem-line-text: འཕྱུ་ཕྱི་ཤུ་ཕྱུ་ཤི་ཕྱི་ཕྱུ་ཤ་ཕྱེ་ཕྱི་ཤུ་…	[370, 533, 494, 551]
poem-line: ལྷ་བརྗོད་འཛད་འ་གཟུགས་བལྟ་བོ་འདི་ཡ་བཞི་ཁྲ…	[59, 244, 359, 262]
shad-mark: །	[351, 901, 359, 919]
shad-mark: །	[981, 288, 989, 306]
poem-line-text: ན་ཚོད་ཅིག་གི་མཚུལ་བ་ཐམས་ཅད་བག་མེད་ཟད་ན་མ…	[689, 305, 896, 323]
shad-mark: །	[351, 691, 359, 709]
poem-line-text: དགའ་ཕྱུ་ཤ་ཕྱི་ཤུ་ཕྱུ་ཤ་ཕྱི་ཤུ་ཕྱུ་ཤི་ཕྱི…	[689, 822, 802, 840]
shad-mark: །	[351, 498, 359, 516]
poem-line-text: ལུས་སྤང་ཕྱོགས་བཤིད་གཏེར་ཕྱི་རྒྱུན་ཕྱུགས་…	[59, 419, 265, 437]
shad-mark: །	[351, 708, 359, 726]
poem-stanza: གསོན་པའི་འདུན་པ་ཀུན་ལ་ཕྱན་ཡང་ཐལ་ཆེར་གསོན…	[370, 226, 670, 296]
shad-mark: །	[351, 787, 359, 805]
poem-line-text: ཁོ་བོ་འཚོལ་པ་ནི་དུང་ཕྲུག་གི་ལས་བཤིའ་ཤུས་…	[59, 305, 278, 323]
